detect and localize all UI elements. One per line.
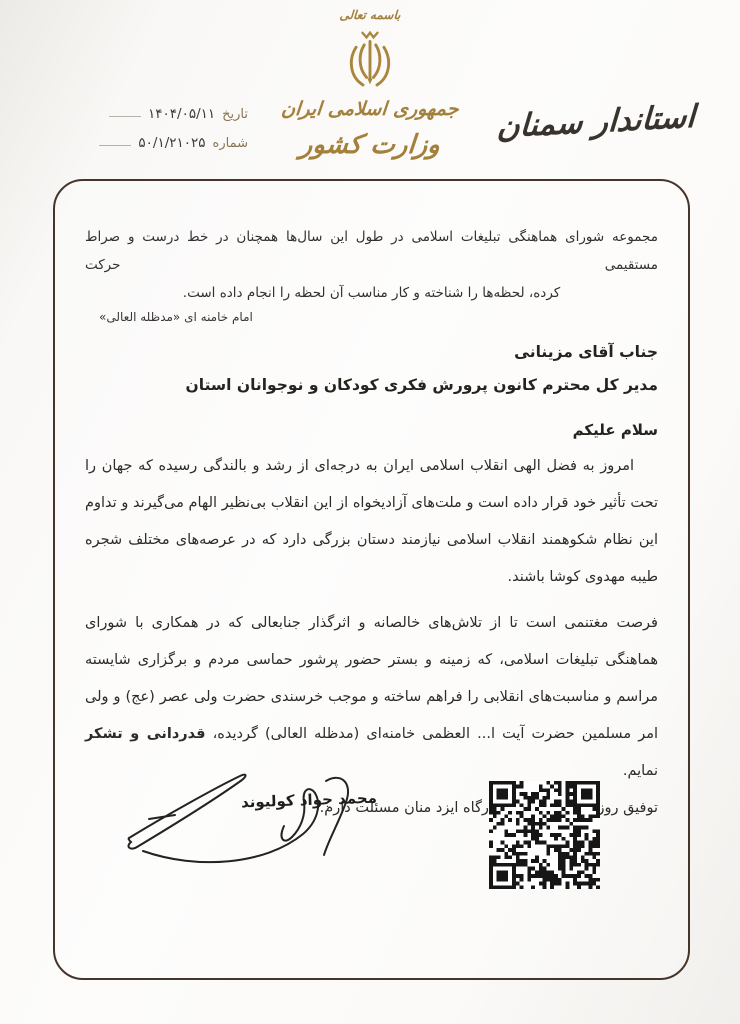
quote-line-1: مجموعه شورای هماهنگی تبلیغات اسلامی در ط… (85, 223, 658, 279)
leader-quote: مجموعه شورای هماهنگی تبلیغات اسلامی در ط… (85, 223, 658, 307)
iran-emblem-icon (0, 26, 740, 98)
qr-code (489, 781, 600, 889)
paragraph-1: امروز به فضل الهی انقلاب اسلامی ایران به… (85, 448, 658, 596)
number-value: ۵۰/۱/۲۱۰۲۵ (138, 135, 205, 151)
quote-attribution: امام خامنه ای «مدظله العالی» (85, 310, 658, 324)
salutation: سلام علیکم (85, 421, 658, 439)
date-row: تاریخ ۱۴۰۴/۰۵/۱۱ (50, 106, 248, 122)
addressee-title: مدیر کل محترم کانون پرورش فکری کودکان و … (85, 369, 658, 402)
addressee-name: جناب آقای مزینانی (85, 336, 658, 369)
number-rule-line (99, 145, 131, 146)
paragraph-2-emphasis: قدردانی و تشکر (85, 726, 206, 742)
signature-icon (113, 762, 365, 878)
bismillah-text: باسمه تعالی (0, 8, 740, 22)
letter-page: باسمه تعالی جمهوری اسلامی ایران وزارت کش… (0, 0, 740, 1024)
quote-line-2: کرده، لحظه‌ها را شناخته و کار مناسب آن ل… (85, 279, 658, 307)
paragraph-2-text: فرصت مغتنمی است تا از تلاش‌های خالصانه و… (85, 615, 658, 742)
letter-meta: تاریخ ۱۴۰۴/۰۵/۱۱ شماره ۵۰/۱/۲۱۰۲۵ (50, 106, 248, 164)
date-label: تاریخ (222, 107, 248, 122)
number-row: شماره ۵۰/۱/۲۱۰۲۵ (50, 135, 248, 151)
date-value: ۱۴۰۴/۰۵/۱۱ (148, 106, 215, 122)
addressee-block: جناب آقای مزینانی مدیر کل محترم کانون پر… (85, 336, 658, 402)
paragraph-2-ending: نمایم. (623, 763, 658, 779)
number-label: شماره (213, 136, 248, 151)
date-rule-line (109, 116, 141, 117)
